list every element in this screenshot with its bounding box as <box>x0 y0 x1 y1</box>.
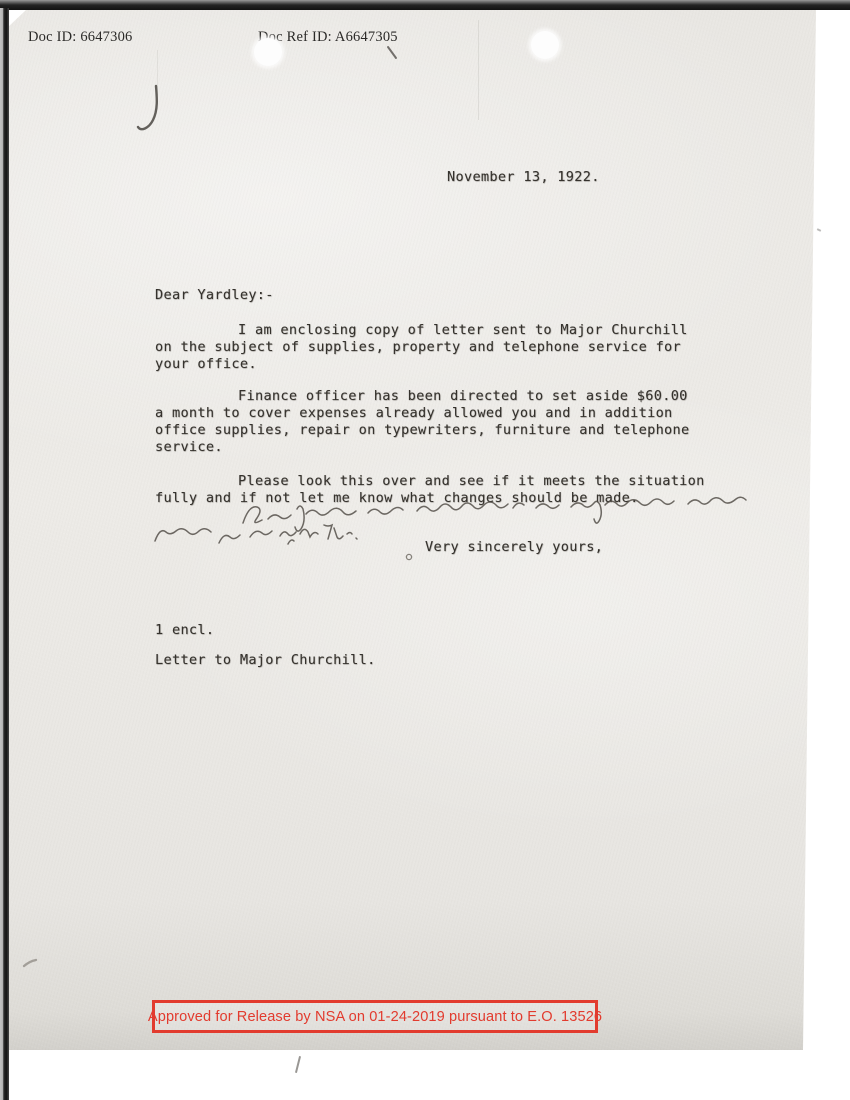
paragraph1-line1: I am enclosing copy of letter sent to Ma… <box>238 322 688 338</box>
letter-salutation: Dear Yardley:- <box>155 287 274 303</box>
paragraph2-line1: Finance officer has been directed to set… <box>238 388 688 404</box>
paragraph3-line2: fully and if not let me know what change… <box>155 490 639 506</box>
punch-hole <box>254 38 282 66</box>
paragraph2-line3: office supplies, repair on typewriters, … <box>155 422 690 438</box>
letter-closing: Very sincerely yours, <box>425 539 603 555</box>
punch-hole <box>531 31 559 59</box>
paragraph2-line2: a month to cover expenses already allowe… <box>155 405 673 421</box>
scan-speck <box>817 228 821 232</box>
scan-top-edge-bar <box>0 0 850 10</box>
paper-crease <box>157 50 158 95</box>
doc-id-label: Doc ID: 6647306 <box>28 29 133 46</box>
stray-pen-mark <box>295 1056 301 1073</box>
paragraph1-line3: your office. <box>155 356 257 372</box>
enclosure-count: 1 encl. <box>155 622 214 638</box>
scan-left-edge-bar <box>0 8 9 1100</box>
paragraph1-line2: on the subject of supplies, property and… <box>155 339 681 355</box>
paragraph3-line1: Please look this over and see if it meet… <box>238 473 705 489</box>
scanned-document-page: Doc ID: 6647306 Doc Ref ID: A6647305 Nov… <box>0 0 850 1100</box>
paragraph2-line4: service. <box>155 439 223 455</box>
release-stamp-text: Approved for Release by NSA on 01-24-201… <box>148 1009 602 1025</box>
paper-sheet: Doc ID: 6647306 Doc Ref ID: A6647305 Nov… <box>0 0 850 1100</box>
paper-crease <box>478 20 479 120</box>
enclosure-description: Letter to Major Churchill. <box>155 652 376 668</box>
release-stamp: Approved for Release by NSA on 01-24-201… <box>152 1000 598 1033</box>
letter-date: November 13, 1922. <box>447 169 600 185</box>
